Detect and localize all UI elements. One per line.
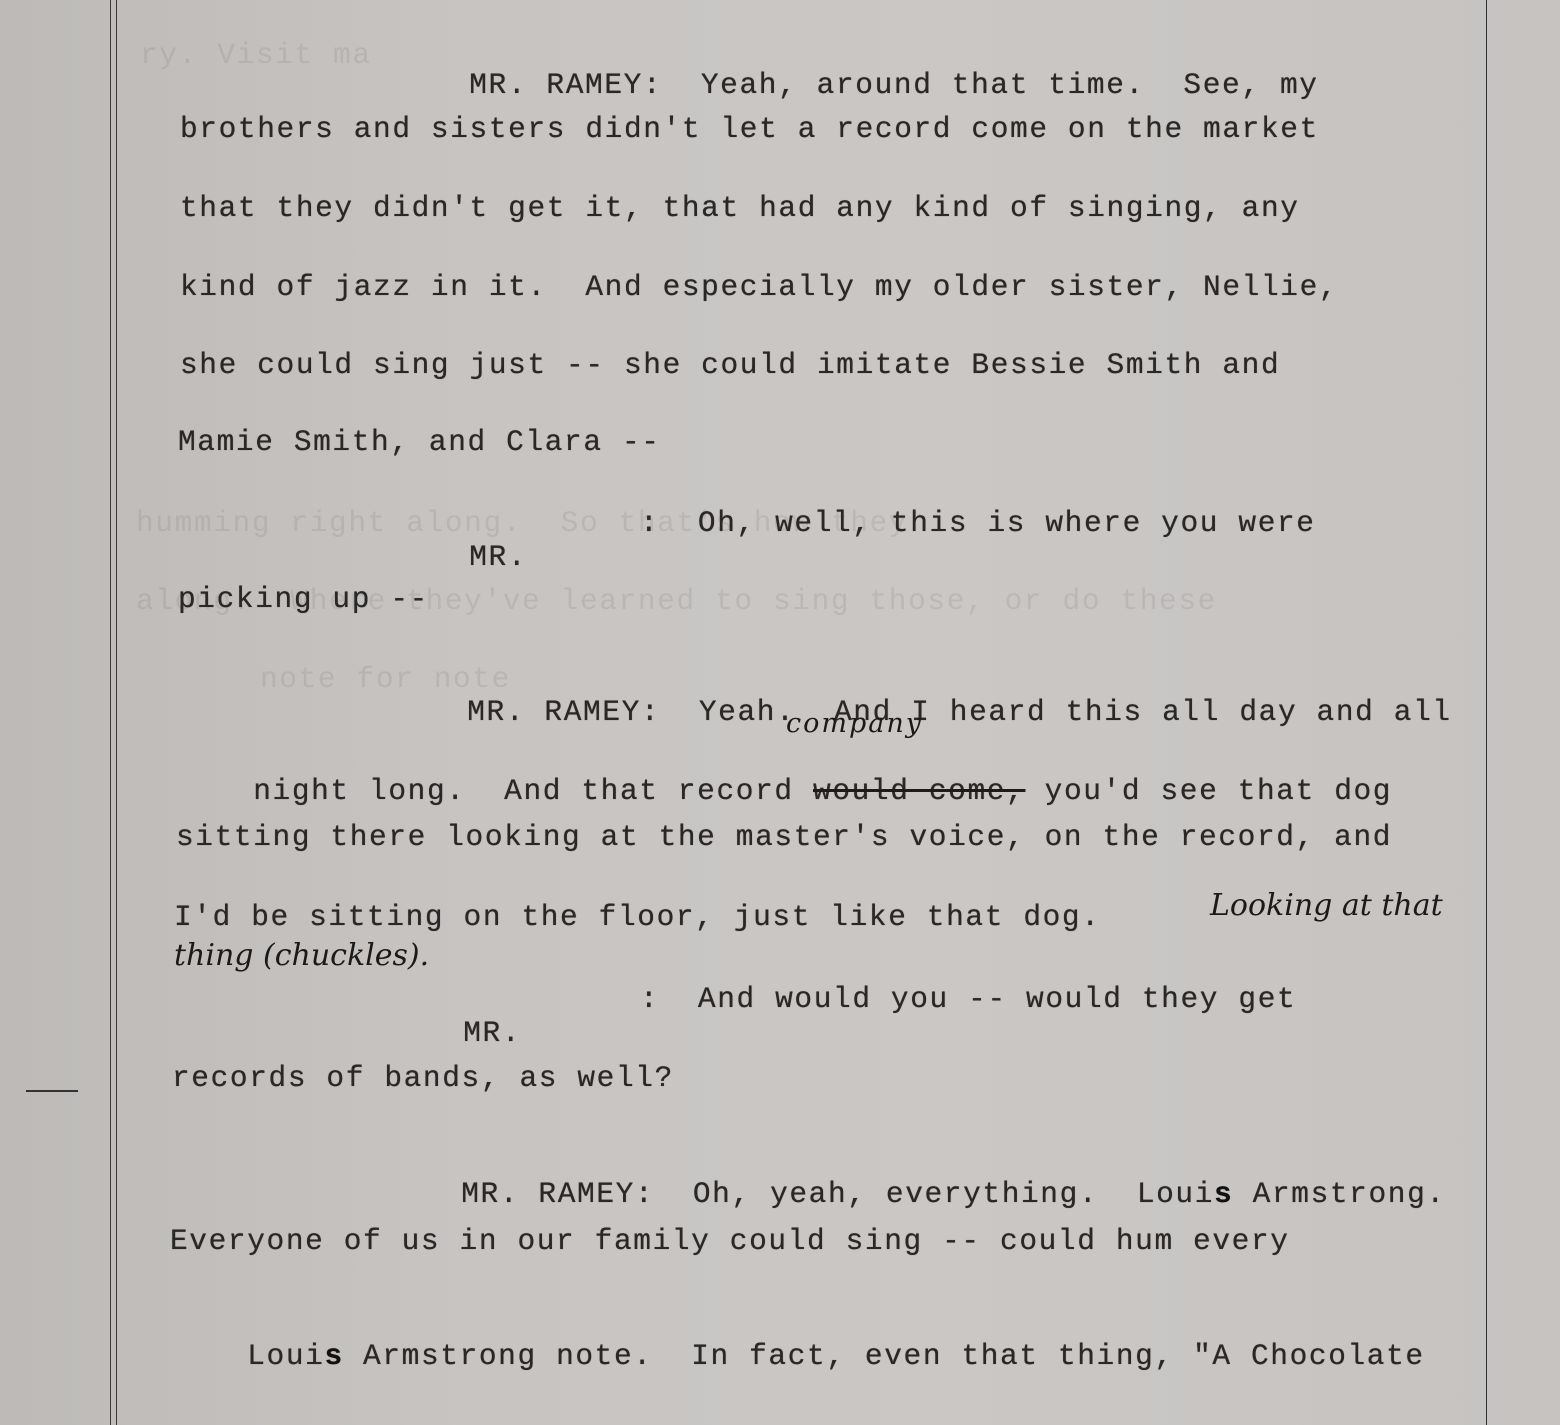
transcript-line-text: : And would you -- would they get [640,982,1296,1016]
line-text: you'd see that dog [1025,774,1392,808]
transcript-page: ry. Visit ma humming right along. So tha… [0,0,1560,1425]
margin-rule-left-outer [110,0,111,1425]
margin-rule-left-inner [116,0,117,1425]
transcript-line: I'd be sitting on the floor, just like t… [174,900,1101,934]
speaker-label: MR. RAMEY: [467,695,660,729]
transcript-line: Louis Armstrong note. In fact, even that… [170,1305,1425,1407]
transcript-line: Mamie Smith, and Clara -- [178,425,661,459]
struck-text: would come, [813,774,1025,808]
speaker-label: MR. RAMEY: [469,68,662,102]
speaker-label: MR. [469,540,527,574]
handwritten-insertion: company [786,708,923,739]
speaker-label: MR. RAMEY: [461,1177,654,1211]
margin-rule-right [1486,0,1487,1425]
line-text: Oh, yeah, everything. Loui [693,1177,1214,1211]
transcript-line: Everyone of us in our family could sing … [170,1224,1290,1258]
transcript-line-text: : Oh, well, this is where you were [640,506,1316,540]
line-text: Loui [247,1339,324,1373]
transcript-line: records of bands, as well? [172,1061,674,1095]
bleed-through-text: ry. Visit ma [140,38,372,72]
transcript-line: picking up -- [178,582,429,616]
transcript-line: kind of jazz in it. And especially my ol… [180,270,1338,304]
transcript-line: brothers and sisters didn't let a record… [180,112,1319,146]
line-text: night long. And that record [253,774,813,808]
transcript-line: that they didn't get it, that had any ki… [180,191,1300,225]
handwritten-note: thing (chuckles). [174,938,429,973]
handwritten-note: Looking at that [1210,888,1443,923]
speaker-label: MR. [463,1016,521,1050]
corrected-letter: s [1214,1177,1233,1211]
transcript-line: sitting there looking at the master's vo… [176,820,1392,854]
line-text: Armstrong note. In fact, even that thing… [344,1339,1425,1373]
corrected-letter: s [324,1339,343,1373]
transcript-line: she could sing just -- she could imitate… [180,348,1280,382]
line-text: Yeah, around that time. See, my [701,68,1319,102]
margin-dash-mark [26,1090,78,1092]
line-text: Armstrong. [1233,1177,1445,1211]
